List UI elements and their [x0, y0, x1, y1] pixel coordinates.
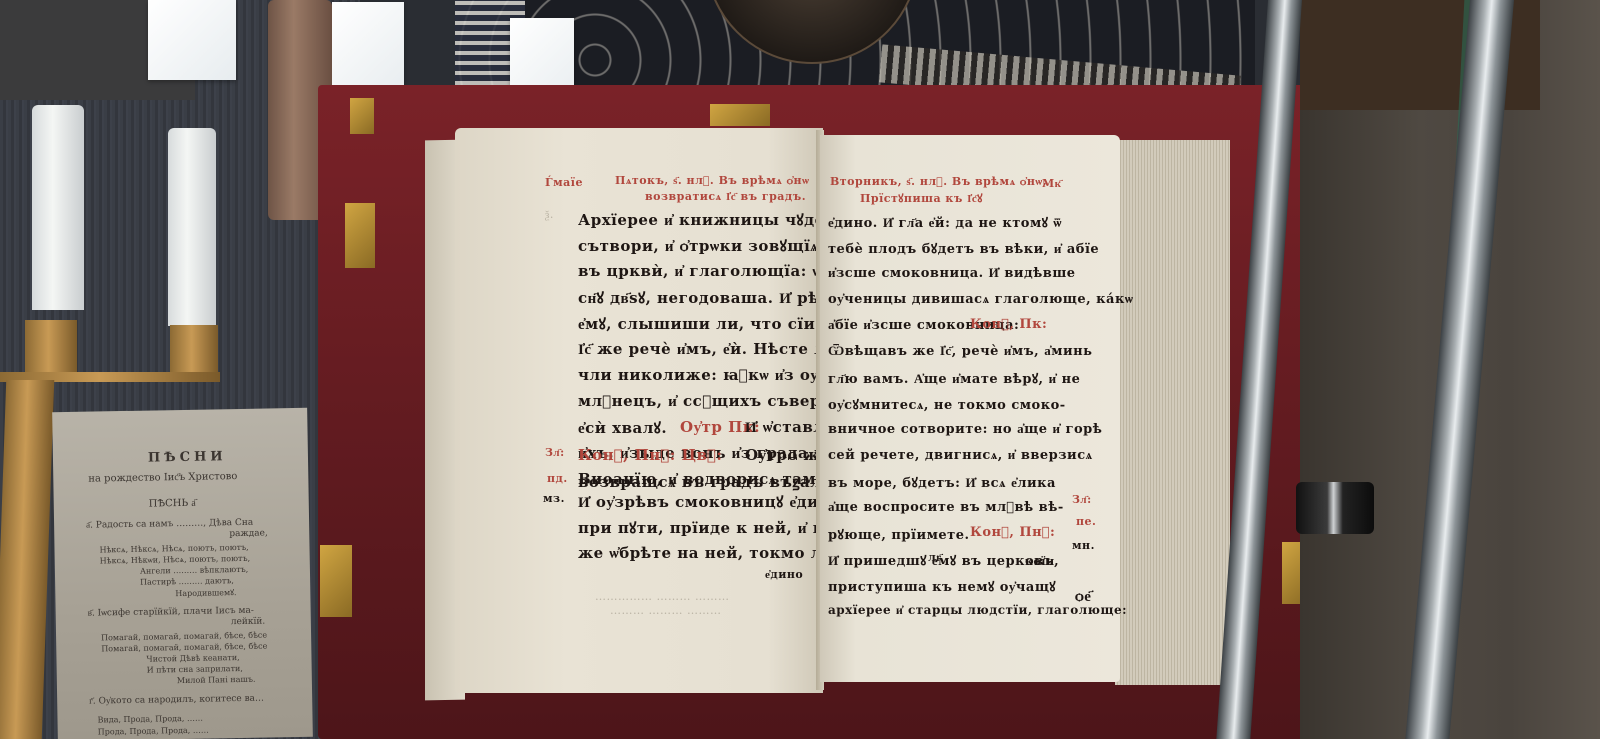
- text-line: рꙋюще, прїимете.: [828, 525, 970, 543]
- songbook-verse: а҃. Радость са намъ ………, Дѣва Сна: [86, 517, 253, 531]
- margin-note: пе.: [1076, 515, 1096, 528]
- page-header-title: Вторникъ, ѕ҃. нлⷣ. Въ врѣмѧ ѻ҆нѡ,: [830, 175, 1047, 188]
- acrylic-support-cube: [148, 0, 236, 80]
- text-line: тебѐ плодъ бꙋдетъ въ вѣки, и҆ абїе: [828, 239, 1099, 257]
- margin-note: пд.: [547, 472, 568, 485]
- old-songbook: ПѢСНИ на рождество Іис҃ъ Христово ПѢСНЬ …: [52, 408, 313, 739]
- text-line: а҆ще воспросите въ млⷮвѣ вѣ-: [828, 499, 1064, 515]
- songbook-section: ПѢСНЬ а҃: [149, 498, 196, 510]
- gold-corner-clasp: [345, 203, 375, 268]
- songbook-verse: Вида, Прода, Прода, ……: [97, 714, 203, 725]
- songbook-verse: И пѣти сна заприлати,: [147, 664, 243, 675]
- text-line: е҆дино. И҆ гл҃а е҆й: да не ктомꙋ ѿ: [828, 213, 1062, 231]
- songbook-verse: Милой Панi нашъ.: [177, 675, 256, 685]
- acrylic-support-cube: [332, 2, 404, 98]
- candle-left: [32, 105, 84, 310]
- candle-right: [168, 128, 216, 326]
- margin-note: ѯ.: [545, 208, 554, 221]
- songbook-verse: Нѣксѧ, Нѣкѡи, Нѣсѧ, поютъ, поютъ,: [100, 554, 250, 566]
- left-page: Ѓмаїе Пѧтокъ, ѕ҃. нлⷣ. Въ врѣмѧ ѻ҆нѡ воз…: [455, 128, 823, 693]
- gold-edge-clasp: [710, 104, 770, 126]
- songbook-subtitle: на рождество Іис҃ъ Христово: [88, 471, 237, 485]
- text-line: И҆ оу҆зрѣвъ смоковницꙋ е҆динꙋ: [578, 492, 838, 512]
- gold-corner-clasp: [320, 545, 352, 617]
- songbook-verse: г҃. Оу҆кото са народилъ, когитесе ва…: [89, 693, 264, 707]
- catchword: е҆дино: [765, 568, 803, 581]
- page-header-marker: Ѓмаїе: [545, 176, 583, 189]
- songbook-verse: раждае,: [229, 529, 268, 540]
- candle-socket-right: [170, 325, 218, 377]
- candle-socket-left: [25, 320, 77, 380]
- page-header-title: Пѧтокъ, ѕ҃. нлⷣ. Въ врѣмѧ ѻ҆нѡ: [615, 174, 809, 187]
- faint-inscription: ……… ……… ………: [610, 604, 722, 617]
- songbook-verse: Нѣксѧ, Нѣксѧ, Нѣсѧ, поютъ, поютъ,: [99, 543, 248, 555]
- text-line: и҆зсше смоковница. И҆ видѣвше: [828, 265, 1076, 281]
- songbook-title: ПѢСНИ: [148, 449, 227, 465]
- folio-number: ѻе҃: [1075, 587, 1091, 606]
- margin-note: Зл҃:: [545, 446, 565, 459]
- page-header-title: возвратисѧ І҆с҃ въ градъ.: [645, 190, 806, 203]
- songbook-verse: в҃. Іѡсифе старїйкїй, плачи Іисъ ма-: [88, 605, 254, 619]
- text-line: приступиша къ немꙋ оу҆чащꙋ: [828, 577, 1056, 595]
- songbook-verse: Прода, Прода, Прода, ……: [98, 726, 209, 737]
- gold-corner-clasp: [350, 98, 374, 134]
- songbook-verse: Пастирѣ ……… даютъ,: [140, 576, 234, 587]
- glass-clamp-fitting: [1296, 482, 1374, 534]
- page-header-title: Прїстꙋпиша къ І҆с҃ꙋ: [860, 191, 983, 206]
- margin-note: мн.: [1072, 539, 1095, 552]
- text-line: І҆с҃ же речѐ и҆мъ, е҆ѝ. Нѣсте ли: [578, 340, 837, 359]
- text-line: сн҃ꙋ дв҃ѕꙋ, негодоваша. И҆ рѣша: [578, 288, 846, 308]
- page-header-marker: Мк҃: [1042, 177, 1062, 190]
- rubric: Конⷰ, Пк:: [970, 317, 1047, 332]
- faint-inscription: …………… ……… ………: [595, 590, 730, 603]
- text-line: оу҆сꙋмнитесѧ, не токмо смоко-: [828, 395, 1066, 413]
- rubric: Конⷰ, Пнⷣ: Цвⷮ:: [578, 446, 722, 464]
- rubric: Конⷰ, Пнⷣ:: [970, 525, 1055, 540]
- text-line: е҆сѝ хвалꙋ.: [578, 418, 667, 438]
- songbook-verse: Ангели ……… вѣпклаютъ,: [140, 565, 248, 576]
- margin-note: мз.: [543, 492, 565, 505]
- text-line: оу҆ченицы дивишасѧ глаголюще, ка́кѡ: [828, 291, 1133, 307]
- text-line: чли николиже: ꙗ҆кѡ и҆з оу҆стъ: [578, 366, 850, 385]
- text-line: гл҃ю вамъ. А҆ще и҆мате вѣрꙋ, и҆ не: [828, 369, 1080, 387]
- songbook-verse: Помагай, помагай, помагай, бѣсе, бѣсе: [101, 631, 267, 643]
- book-page-edge-right: [1115, 140, 1230, 685]
- songbook-verse: Народившемꙋ.: [175, 587, 236, 599]
- text-line: вничное сотворите: но а҆ще и҆ горѣ: [828, 421, 1102, 437]
- signature-mark: лг҃: [928, 551, 942, 564]
- text-line: Ѿвѣщавъ же І҆с҃, речѐ и҆мъ, а҆минь: [828, 343, 1093, 359]
- text-line: сътвори, и҆ ѻ҆трѡки зовꙋщїѧ: [578, 236, 818, 256]
- catchword: коїи: [1025, 555, 1055, 568]
- songbook-verse: Помагай, помагай, помагай, бѣсе, бѣсе: [101, 642, 267, 654]
- right-page: Вторникъ, ѕ҃. нлⷣ. Въ врѣмѧ ѻ҆нѡ, Прїстꙋ…: [820, 135, 1120, 682]
- text-line: возвращсѧ въ градъ въꙁалка.: [578, 472, 849, 492]
- songbook-verse: Чистой Дѣвѣ кеанати,: [146, 653, 239, 664]
- songbook-verse: лейкїй.: [231, 617, 266, 628]
- text-line: сей речете, двигнисѧ, и҆ вверзисѧ: [828, 447, 1093, 463]
- text-line: въ море, бꙋдетъ: И҆ всѧ е҆ликa: [828, 473, 1056, 491]
- margin-note: Зл҃:: [1072, 493, 1092, 506]
